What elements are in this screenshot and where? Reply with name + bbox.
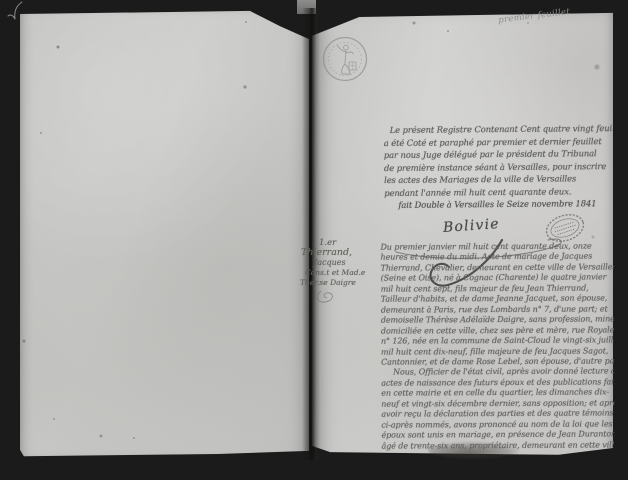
attestation-line: fait Double à Versailles le Seize novemb…: [398, 197, 613, 211]
margin-act-note: 1.er Thierrand, Jacques Cons.t et Mad.e …: [299, 238, 385, 309]
margin-surname: Thierrand,: [301, 248, 385, 258]
register-attestation: Le présent Registre Contenant Cent quatr…: [384, 122, 614, 214]
act-line: âgé de trente-six ans, propriétaire, dem…: [381, 440, 614, 452]
book-gutter-shadow: [302, 8, 320, 460]
paper-specks: [0, 0, 2, 2]
act-line: époux sont unis en mariage, en présence …: [381, 430, 614, 442]
act-line: avoir reçu la déclaration des parties et…: [381, 409, 614, 421]
margin-forename: Jacques: [314, 258, 385, 268]
left-page-blank: [18, 10, 309, 458]
scanned-register-spread: premier feuillet Le présent Registre Con…: [0, 0, 628, 480]
marriage-act-text: Du premier janvier mil huit cent quarant…: [380, 241, 614, 454]
act-line: demoiselle Thérèse Adélaïde Daigre, sans…: [381, 315, 614, 327]
act-line: n° 126, née en la commune de Saint-Cloud…: [381, 335, 614, 347]
attestation-line: de première instance séant à Versailles,…: [384, 160, 613, 174]
margin-flourish-icon: [313, 288, 353, 306]
margin-line: Ther.se Daigre: [300, 278, 385, 288]
margin-line: Cons.t et Mad.e: [305, 268, 385, 278]
